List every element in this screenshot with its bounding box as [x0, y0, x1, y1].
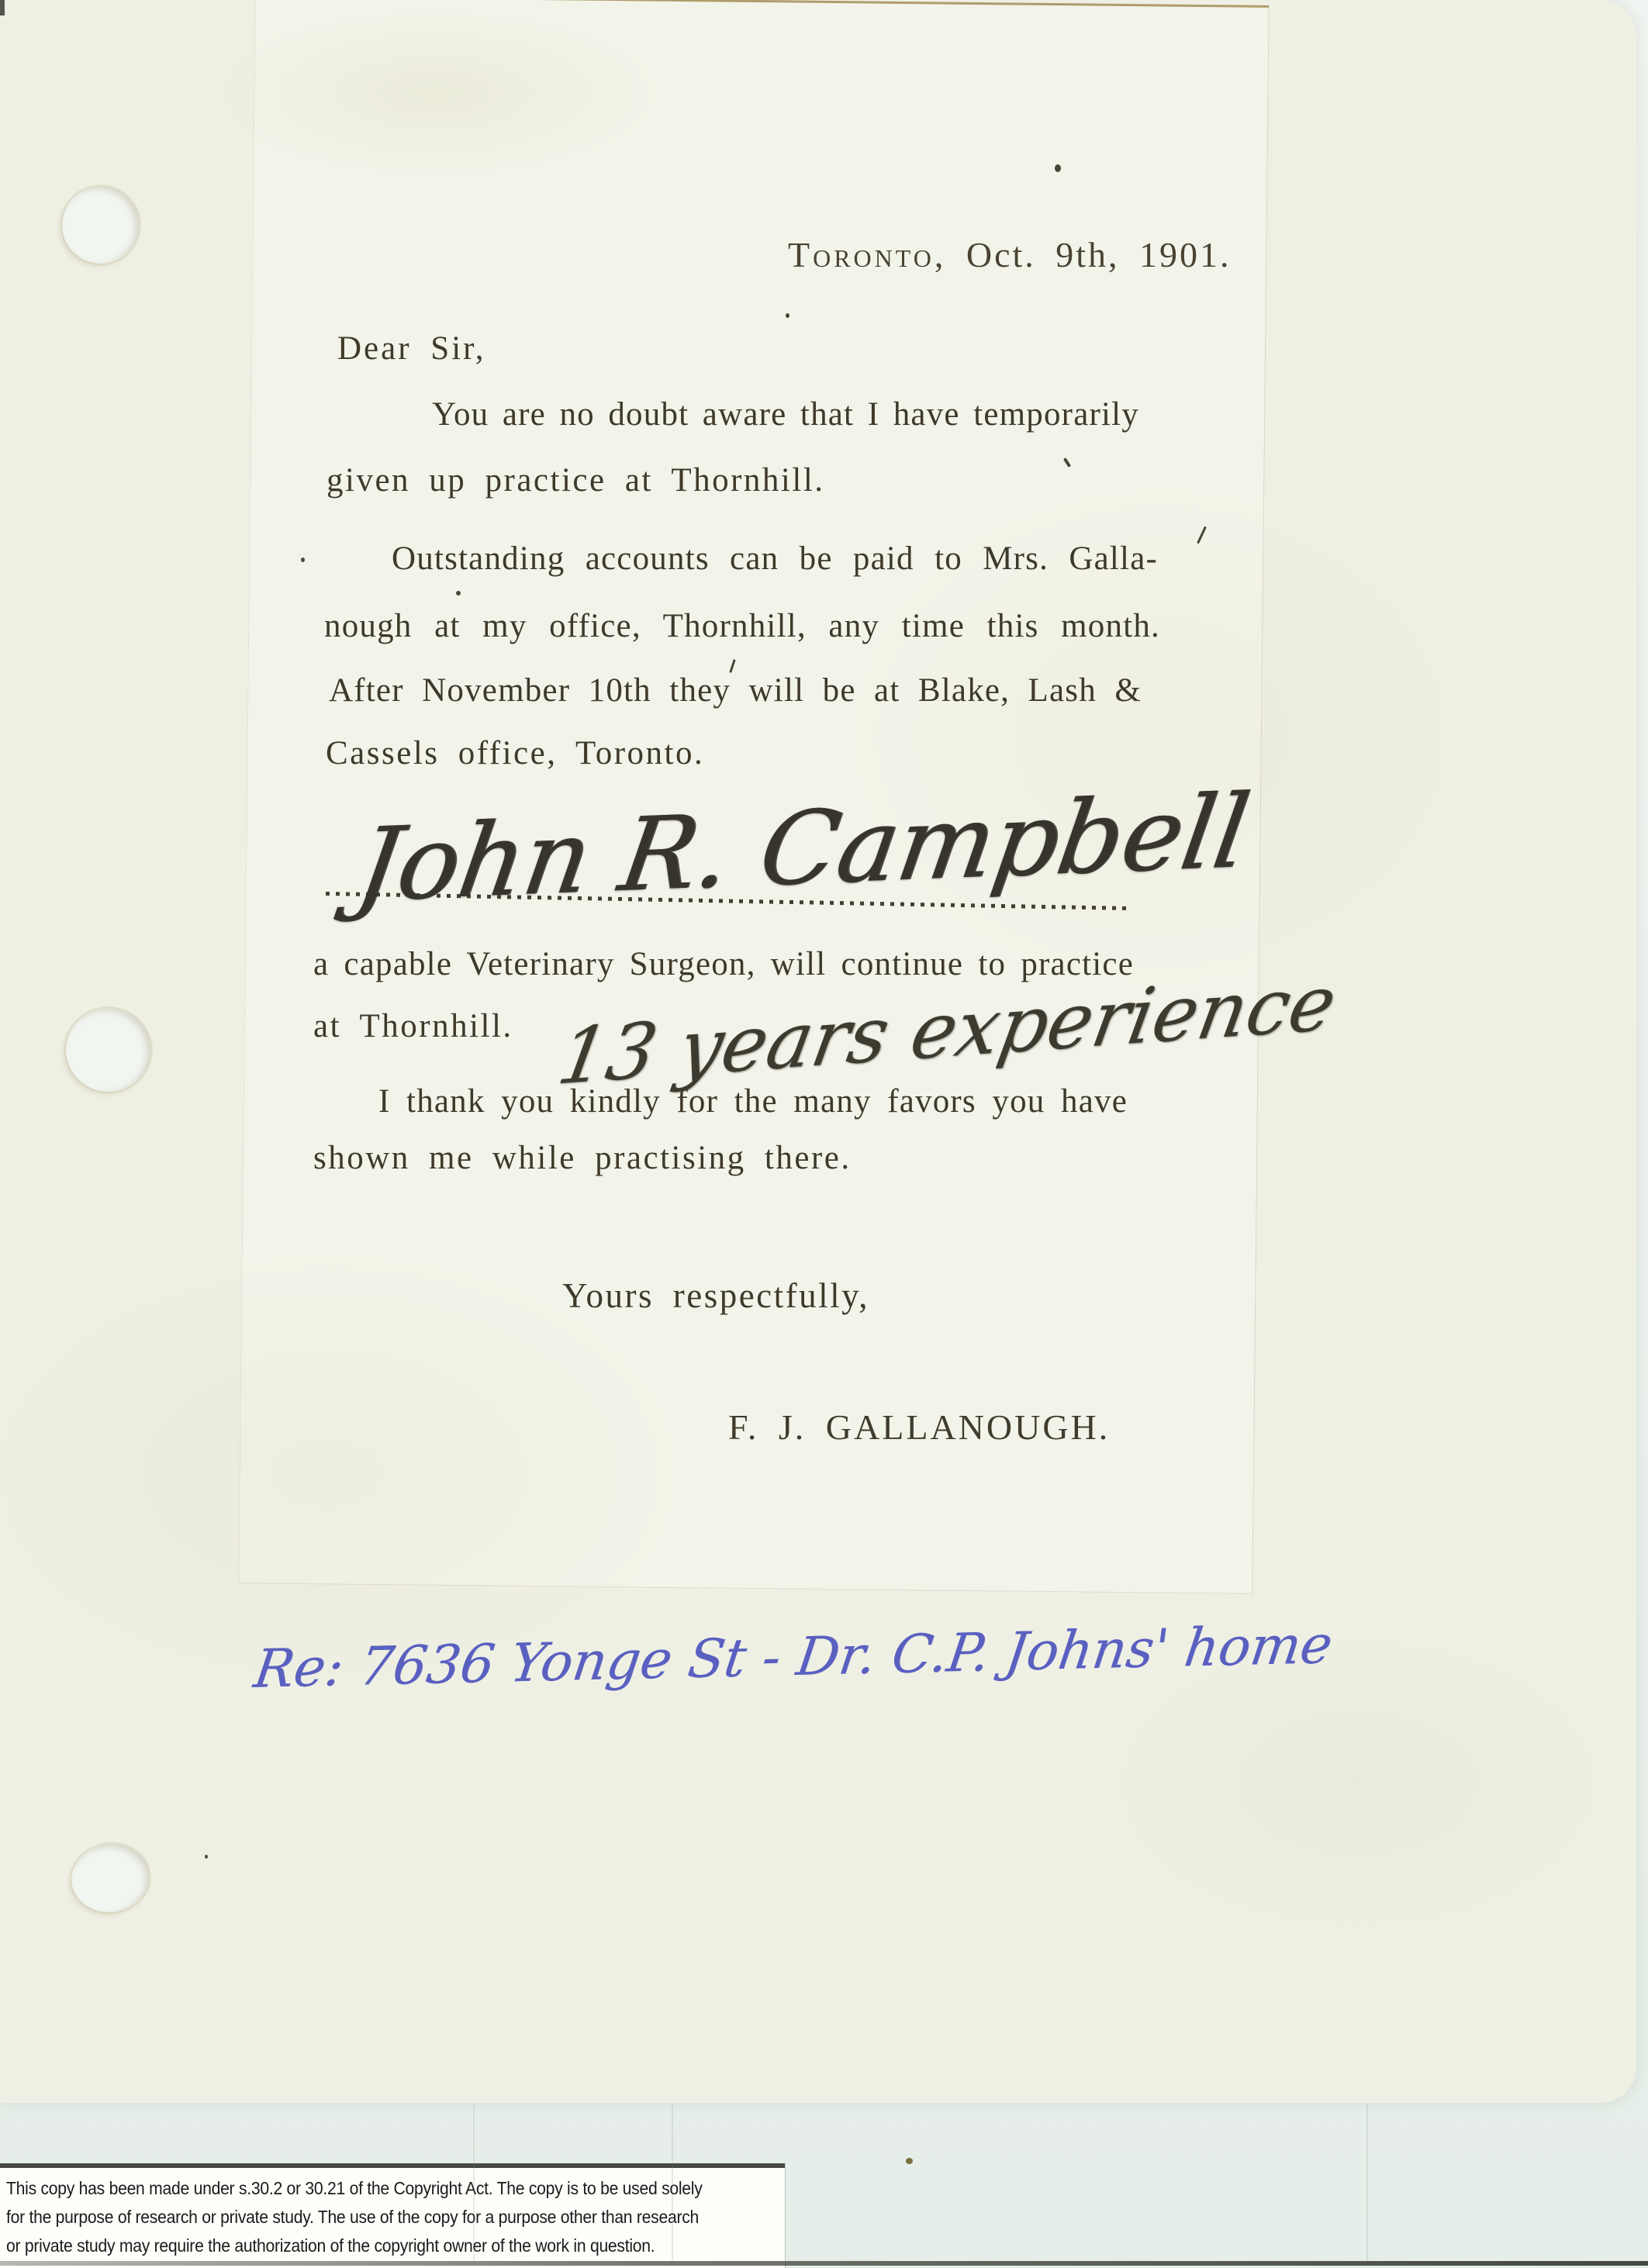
- body-line-7: a capable Veterinary Surgeon, will conti…: [313, 948, 1134, 981]
- body-line-5: After November 10th they will be at Blak…: [329, 674, 1142, 707]
- speck-bottom-strip: [906, 2158, 913, 2164]
- scanner-streak-2: [672, 2104, 673, 2261]
- punch-hole-middle: [66, 1008, 151, 1092]
- date-place: Toronto,: [788, 235, 946, 274]
- copyright-stamp: This copy has been made under s.30.2 or …: [0, 2163, 785, 2268]
- speck-near-hole: [205, 1855, 208, 1859]
- speck-between-lines: [456, 591, 461, 595]
- body-line-8: at Thornhill.: [313, 1010, 513, 1043]
- copyright-line-3: or private study may require the authori…: [6, 2232, 760, 2260]
- speck-above-body: [786, 313, 789, 318]
- punch-hole-top: [62, 186, 140, 264]
- bottom-scan-edge: [0, 2261, 1648, 2266]
- printed-signature: F. J. GALLANOUGH.: [728, 1410, 1110, 1445]
- body-line-3: Outstanding accounts can be paid to Mrs.…: [392, 542, 1158, 575]
- speck-left-margin: [301, 558, 305, 562]
- body-line-10: shown me while practising there.: [313, 1141, 852, 1175]
- speck-above-date: [1055, 164, 1061, 172]
- body-line-1: You are no doubt aware that I have tempo…: [432, 398, 1139, 431]
- copyright-stamp-text: This copy has been made under s.30.2 or …: [6, 2174, 760, 2260]
- corner-scan-mark: [0, 0, 5, 16]
- closing-line: Yours respectfully,: [562, 1279, 869, 1314]
- body-line-6: Cassels office, Toronto.: [326, 737, 704, 770]
- date-line: Toronto, Oct. 9th, 1901.: [788, 237, 1232, 273]
- copyright-line-2: for the purpose of research or private s…: [6, 2203, 760, 2232]
- date-rest: Oct. 9th, 1901.: [946, 235, 1231, 274]
- body-line-9: I thank you kindly for the many favors y…: [378, 1085, 1128, 1118]
- scanner-streak-1: [473, 2104, 475, 2261]
- copyright-line-1: This copy has been made under s.30.2 or …: [6, 2174, 760, 2203]
- salutation-line: Dear Sir,: [337, 332, 486, 365]
- scanner-streak-3: [1366, 2104, 1368, 2261]
- body-line-2: given up practice at Thornhill.: [326, 464, 825, 497]
- body-line-4: nough at my office, Thornhill, any time …: [324, 609, 1160, 643]
- scan-background: { "scan": { "kind": "photocopied 1901 le…: [0, 0, 1648, 2268]
